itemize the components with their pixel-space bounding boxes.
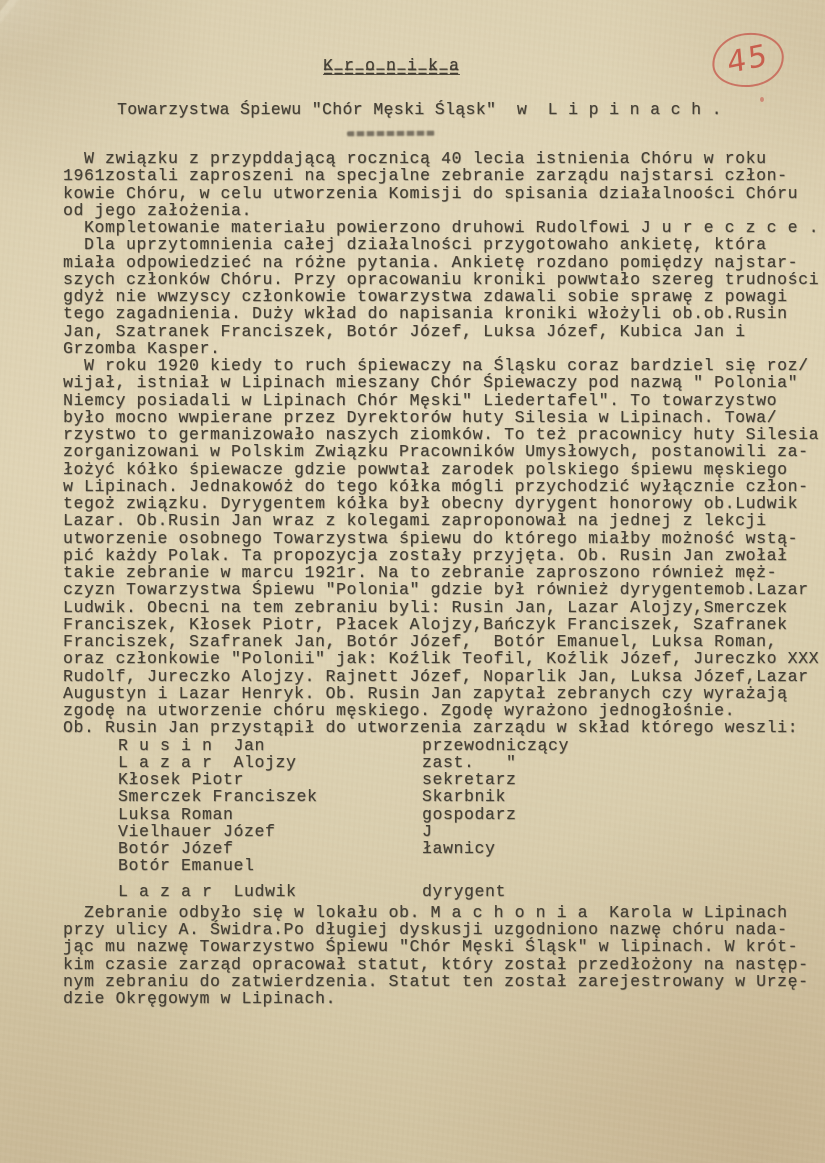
subtitle-underline-smudge xyxy=(347,131,435,137)
stamp-ink-dot xyxy=(760,97,764,102)
member-role: J xyxy=(422,823,433,840)
document-subtitle: Towarzystwa Śpiewu "Chór Męski Śląsk" w … xyxy=(117,100,722,119)
member-name: Smerczek Franciszek xyxy=(118,788,318,805)
member-role: sekretarz xyxy=(422,771,517,788)
board-member-row: Kłosek Piotr sekretarz xyxy=(63,771,819,788)
member-role: Skarbnik xyxy=(422,788,506,805)
conductor-role: dyrygent xyxy=(422,883,506,900)
board-member-row: Vielhauer Józef J xyxy=(63,823,819,840)
member-role: gospodarz xyxy=(422,806,517,823)
board-member-list: R u s i n Jan przewodniczący L a z a r A… xyxy=(63,737,819,900)
document-page: 45 K r o n i k a ============= Towarzyst… xyxy=(0,0,825,1163)
board-member-row: Botór Józef ławnicy xyxy=(63,840,819,857)
member-name: Kłosek Piotr xyxy=(118,771,244,788)
member-name: Botór Józef xyxy=(118,840,234,857)
member-name: Botór Emanuel xyxy=(118,857,255,874)
member-name: L a z a r Alojzy xyxy=(118,754,297,771)
page-number-stamp: 45 xyxy=(709,29,787,91)
page-number: 45 xyxy=(726,41,770,80)
board-member-row: Smerczek Franciszek Skarbnik xyxy=(63,788,819,805)
board-member-row: Luksa Roman gospodarz xyxy=(63,806,819,823)
title-block: K r o n i k a ============= xyxy=(323,57,460,79)
member-role: ławnicy xyxy=(422,840,496,857)
member-name: Vielhauer Józef xyxy=(118,823,276,840)
conductor-row: L a z a r Ludwik dyrygent xyxy=(63,883,819,900)
member-name: Luksa Roman xyxy=(118,806,234,823)
board-member-row: R u s i n Jan przewodniczący xyxy=(63,737,819,754)
board-member-row: Botór Emanuel xyxy=(63,857,819,874)
member-role: przewodniczący xyxy=(422,737,569,754)
member-name: R u s i n Jan xyxy=(118,737,265,754)
title-underline: ============= xyxy=(323,67,460,79)
member-role: zast. " xyxy=(422,754,517,771)
conductor-name: L a z a r Ludwik xyxy=(118,883,297,900)
document-body: W związku z przypddającą rocznicą 40 lec… xyxy=(63,150,819,1007)
board-member-row: L a z a r Alojzy zast. " xyxy=(63,754,819,771)
body-paragraphs: W związku z przypddającą rocznicą 40 lec… xyxy=(63,150,819,737)
closing-paragraph: Zebranie odbyło się w lokału ob. M a c h… xyxy=(63,904,819,1008)
